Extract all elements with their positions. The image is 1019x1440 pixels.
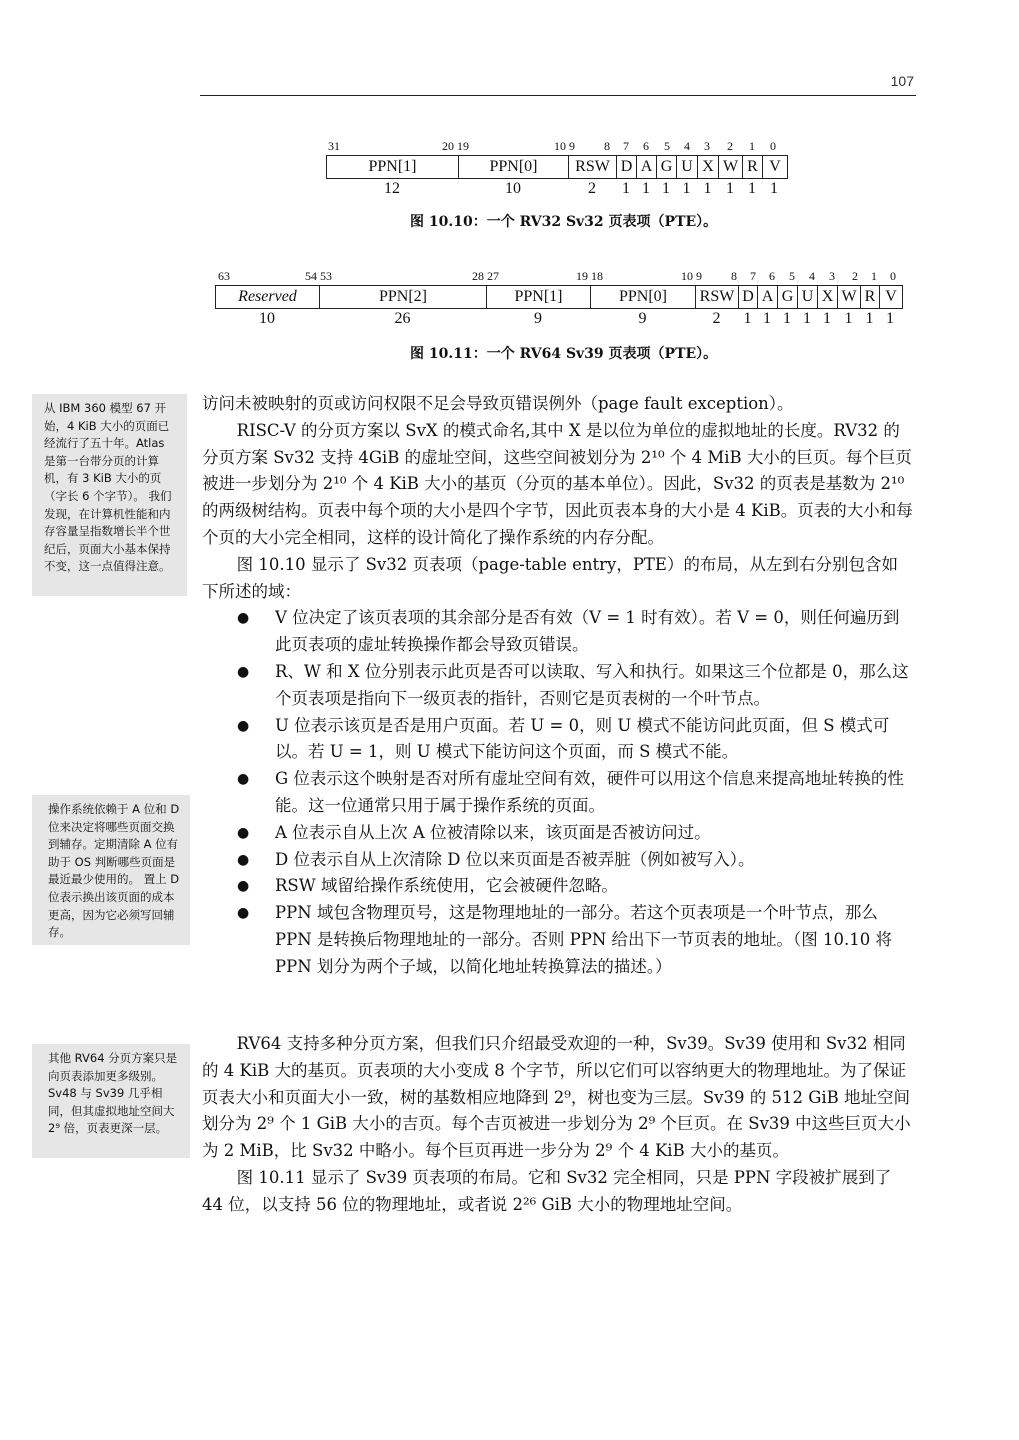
bit-label: 6 [643,139,649,154]
bit-label: 19 18 [576,269,603,284]
margin-note-page-size-history: 从 IBM 360 模型 67 开始，4 KiB 大小的页面已经流行了五十年。A… [32,394,187,596]
field-d: D [739,286,758,308]
field-width: 1 [718,179,742,199]
field-width: 1 [636,179,656,199]
field-width: 2 [568,179,616,199]
header-rule [200,95,916,96]
bit-label: 3 [704,139,710,154]
field-ppn0: PPN[0] [459,156,569,178]
bit-label: 54 53 [305,269,332,284]
main-text-top: 访问未被映射的页或访问权限不足会导致页错误例外（page fault excep… [202,391,914,981]
figure-caption: 图 10.10：一个 RV32 Sv32 页表项（PTE）。 [410,211,717,231]
bit-index-row: 63 54 53 28 27 19 18 10 9 8 7 6 5 4 3 2 … [215,269,903,285]
list-item: R、W 和 X 位分别表示此页是否可以读取、写入和执行。如果这三个位都是 0，那… [202,659,914,713]
field-width: 2 [695,309,738,329]
field-width: 1 [777,309,797,329]
field-a: A [637,156,657,178]
list-item: D 位表示自从上次清除 D 位以来页面是否被弄脏（例如被写入）。 [202,847,914,874]
bit-label: 8 [731,269,737,284]
field-width: 1 [817,309,837,329]
field-width: 1 [676,179,697,199]
margin-note-a-d-bits: 操作系统依赖于 A 位和 D 位来决定将哪些页面交换到辅存。定期清除 A 位有助… [32,795,190,945]
figure-sv39-pte: 63 54 53 28 27 19 18 10 9 8 7 6 5 4 3 2 … [215,269,903,329]
bit-label: 20 19 [442,139,469,154]
field-width: 1 [616,179,636,199]
list-item: PPN 域包含物理页号，这是物理地址的一部分。若这个页表项是一个叶节点，那么 P… [202,900,914,980]
bit-label: 3 [829,269,835,284]
field-width: 1 [762,179,786,199]
margin-note-rv64-schemes: 其他 RV64 分页方案只是向页表添加更多级别。Sv48 与 Sv39 几乎相同… [32,1044,190,1158]
field-width-row: 12 10 2 1 1 1 1 1 1 1 1 [326,179,788,199]
bit-label: 8 [604,139,610,154]
field-rsw: RSW [696,286,739,308]
field-width-row: 10 26 9 9 2 1 1 1 1 1 1 1 1 [215,309,903,329]
register-fields: Reserved PPN[2] PPN[1] PPN[0] RSW D A G … [215,285,903,309]
paragraph: 图 10.11 显示了 Sv39 页表项的布局。它和 Sv32 完全相同，只是 … [202,1165,914,1219]
main-text-bottom: RV64 支持多种分页方案，但我们只介绍最受欢迎的一种，Sv39。Sv39 使用… [202,1031,914,1219]
bit-label: 10 9 [554,139,575,154]
bit-label: 5 [789,269,795,284]
list-item: U 位表示该页是否是用户页面。若 U = 0，则 U 模式不能访问此页面，但 S… [202,713,914,767]
field-width: 26 [319,309,486,329]
field-width: 10 [215,309,319,329]
field-width: 1 [879,309,901,329]
field-v: V [880,286,902,308]
field-ppn0: PPN[0] [591,286,696,308]
field-ppn1: PPN[1] [327,156,459,178]
paragraph: RISC-V 的分页方案以 SvX 的模式命名,其中 X 是以位为单位的虚拟地址… [202,418,914,552]
field-width: 1 [797,309,817,329]
field-width: 1 [742,179,762,199]
field-rsw: RSW [569,156,617,178]
field-x: X [818,286,838,308]
register-fields: PPN[1] PPN[0] RSW D A G U X W R V [326,155,788,179]
field-width: 10 [458,179,568,199]
field-width: 9 [486,309,590,329]
bit-label: 7 [750,269,756,284]
bit-label: 4 [809,269,815,284]
field-r: R [743,156,763,178]
field-w: W [838,286,861,308]
bit-label: 1 [871,269,877,284]
field-width: 1 [757,309,777,329]
bit-index-row: 31 20 19 10 9 8 7 6 5 4 3 2 1 0 [326,139,788,155]
bit-label: 5 [664,139,670,154]
field-width: 1 [860,309,879,329]
field-ppn2: PPN[2] [320,286,487,308]
bit-label: 0 [770,139,776,154]
field-v: V [763,156,787,178]
field-x: X [698,156,719,178]
field-width: 1 [837,309,860,329]
field-u: U [677,156,698,178]
bit-label: 28 27 [472,269,499,284]
bit-label: 2 [852,269,858,284]
bit-label: 31 [328,139,340,154]
list-item: RSW 域留给操作系统使用，它会被硬件忽略。 [202,873,914,900]
page-number: 107 [891,73,914,89]
bit-label: 7 [623,139,629,154]
figure-sv32-pte: 31 20 19 10 9 8 7 6 5 4 3 2 1 0 PPN[1] P… [326,139,788,199]
field-g: G [657,156,677,178]
list-item: G 位表示这个映射是否对所有虚址空间有效，硬件可以用这个信息来提高地址转换的性能… [202,766,914,820]
bit-label: 4 [684,139,690,154]
figure-caption: 图 10.11：一个 RV64 Sv39 页表项（PTE）。 [410,343,717,363]
field-width: 9 [590,309,695,329]
field-g: G [778,286,798,308]
bit-label: 2 [727,139,733,154]
paragraph: RV64 支持多种分页方案，但我们只介绍最受欢迎的一种，Sv39。Sv39 使用… [202,1031,914,1165]
field-width: 1 [656,179,676,199]
field-width: 1 [738,309,757,329]
field-a: A [758,286,778,308]
pte-field-list: V 位决定了该页表项的其余部分是否有效（V = 1 时有效）。若 V = 0，则… [202,605,914,980]
field-width: 12 [326,179,458,199]
list-item: V 位决定了该页表项的其余部分是否有效（V = 1 时有效）。若 V = 0，则… [202,605,914,659]
field-r: R [861,286,880,308]
field-u: U [798,286,818,308]
field-ppn1: PPN[1] [487,286,591,308]
bit-label: 1 [749,139,755,154]
field-d: D [617,156,637,178]
paragraph: 访问未被映射的页或访问权限不足会导致页错误例外（page fault excep… [202,391,914,418]
field-reserved: Reserved [216,286,320,308]
field-width: 1 [697,179,718,199]
bit-label: 63 [218,269,230,284]
bit-label: 0 [890,269,896,284]
bit-label: 10 9 [681,269,702,284]
field-w: W [719,156,743,178]
paragraph: 图 10.10 显示了 Sv32 页表项（page-table entry，PT… [202,552,914,606]
bit-label: 6 [769,269,775,284]
list-item: A 位表示自从上次 A 位被清除以来，该页面是否被访问过。 [202,820,914,847]
